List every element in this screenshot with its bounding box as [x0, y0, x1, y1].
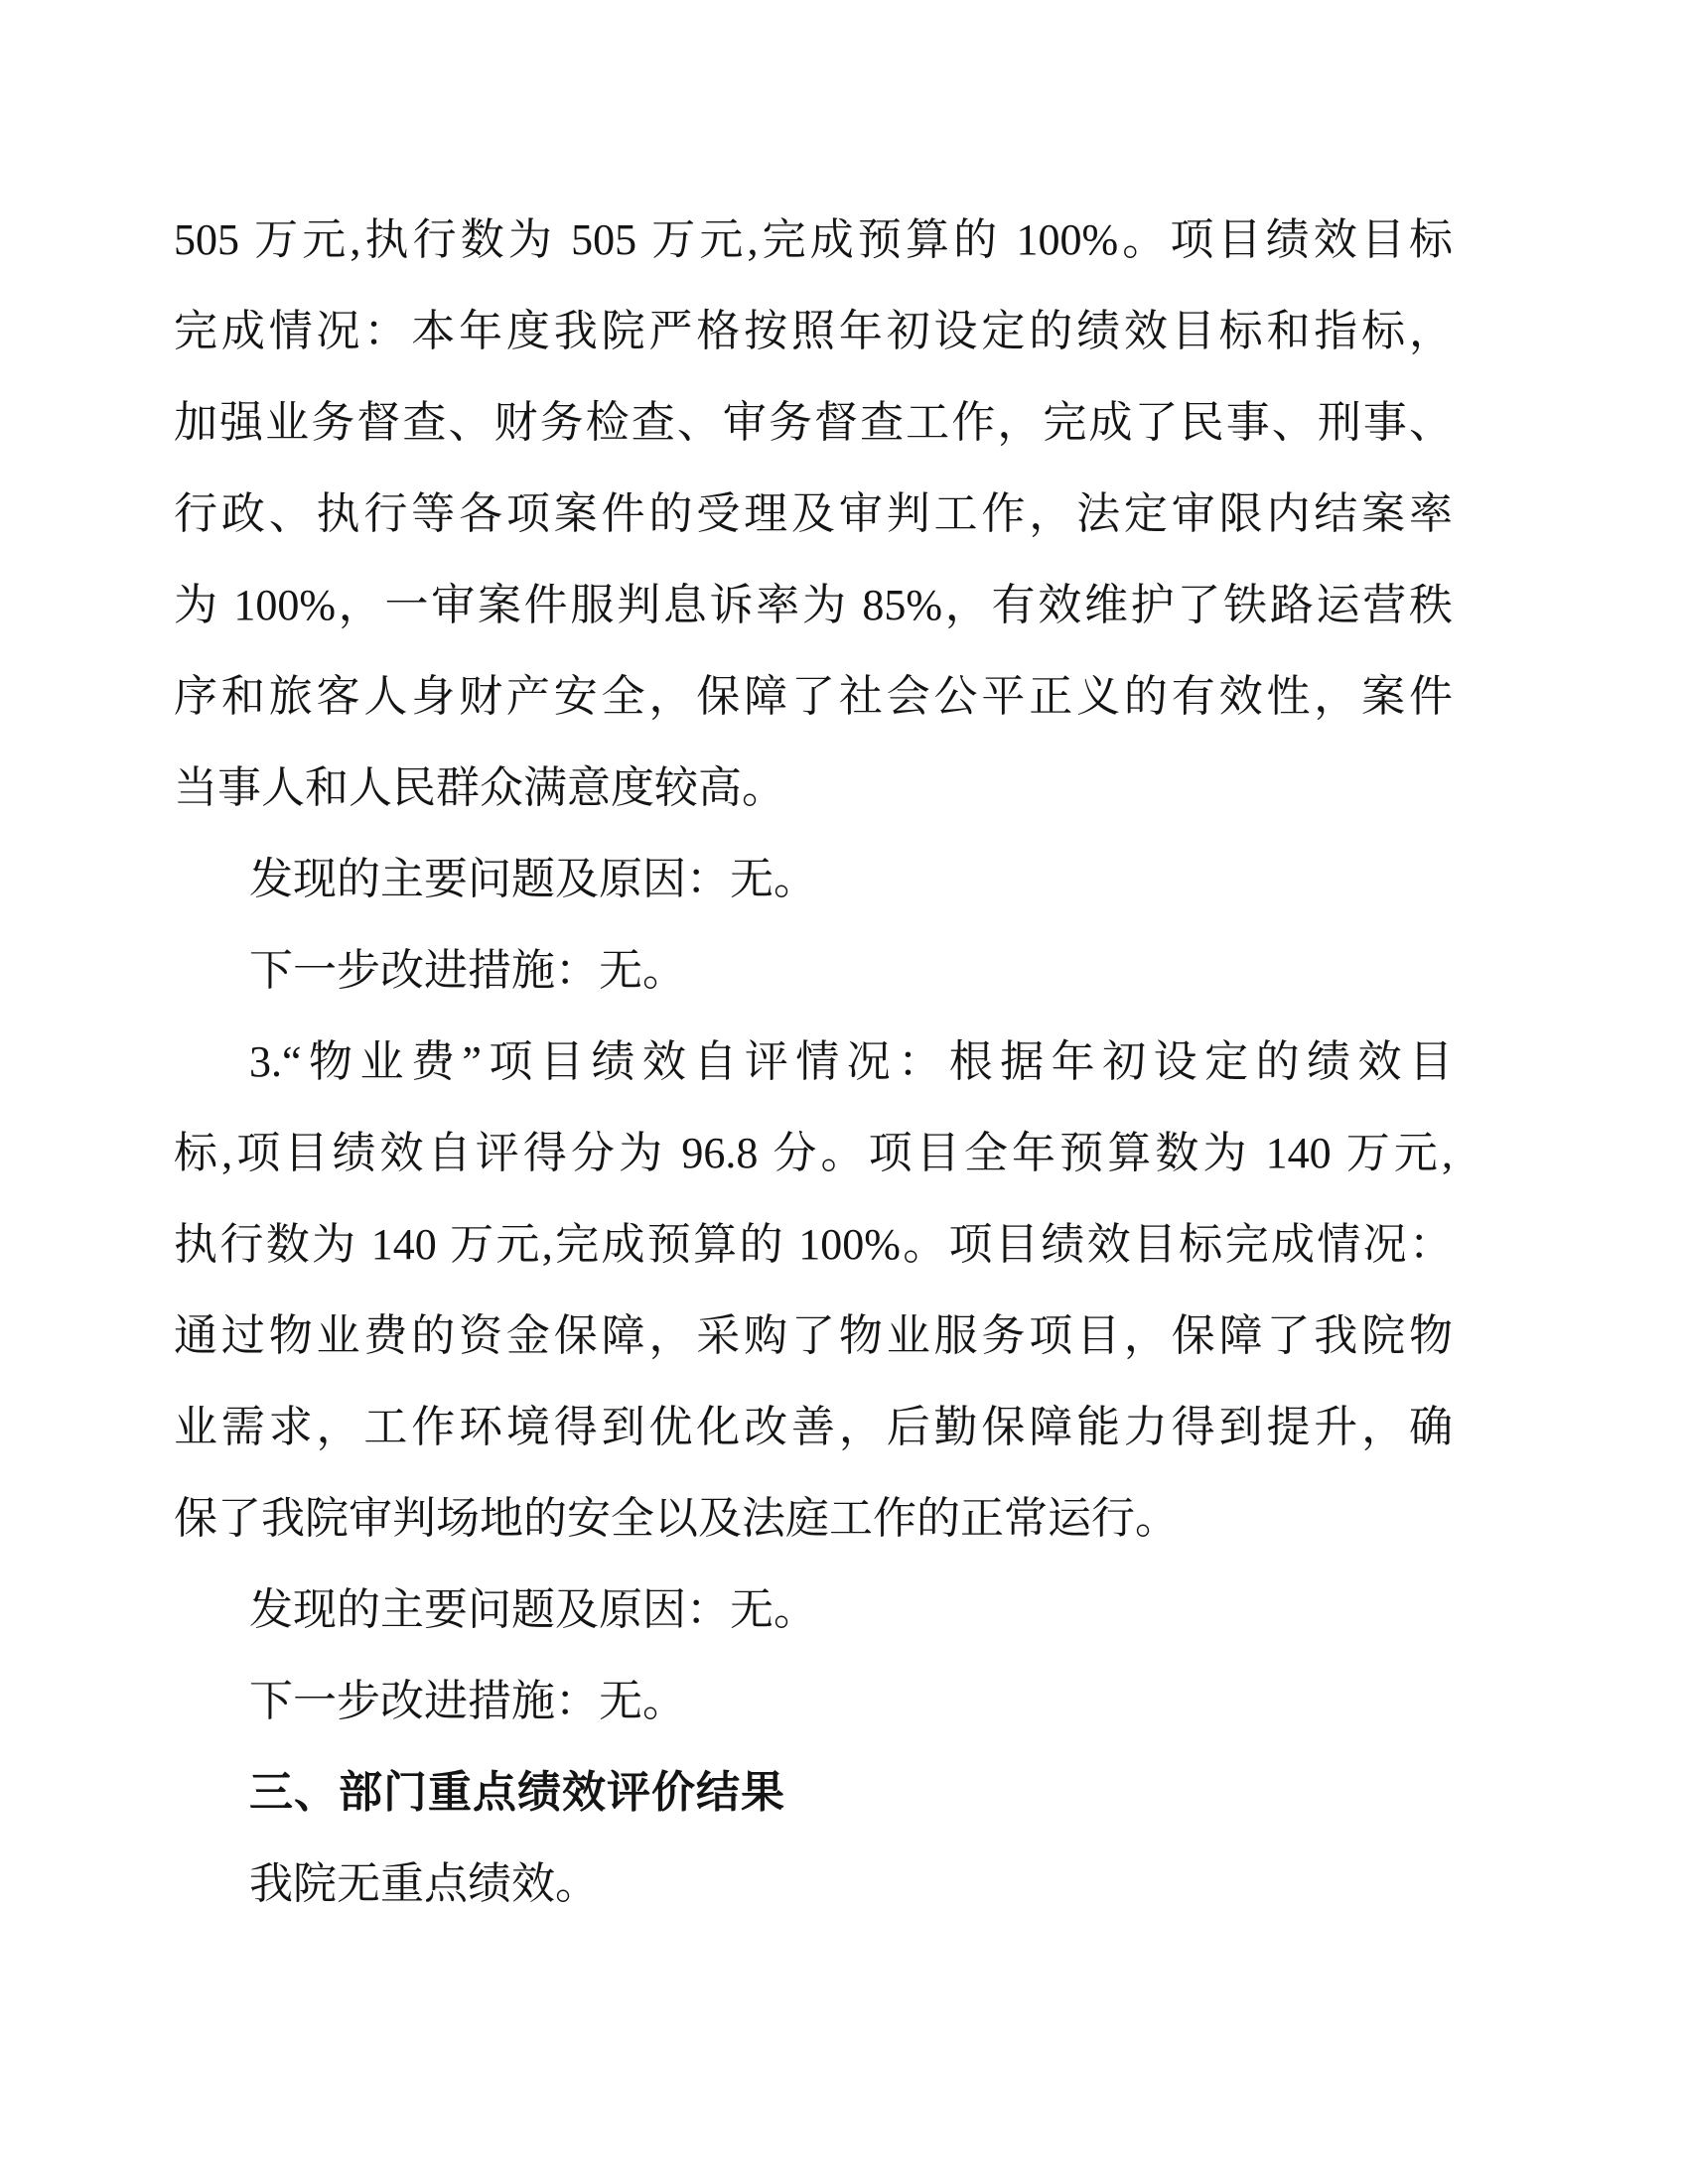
document-line: 我院无重点绩效。: [174, 1839, 1453, 1930]
document-line: 发现的主要问题及原因：无。: [174, 834, 1453, 925]
document-line: 当事人和人民群众满意度较高。: [174, 743, 1453, 834]
document-line: 下一步改进措施：无。: [174, 1656, 1453, 1747]
document-body: 505 万元,执行数为 505 万元,完成预算的 100%。项目绩效目标完成情况…: [174, 195, 1453, 1930]
document-line: 3.“物业费”项目绩效自评情况：根据年初设定的绩效目: [174, 1017, 1453, 1108]
document-line: 保了我院审判场地的安全以及法庭工作的正常运行。: [174, 1473, 1453, 1565]
document-line: 业需求，工作环境得到优化改善，后勤保障能力得到提升，确: [174, 1382, 1453, 1473]
section-heading: 三、部门重点绩效评价结果: [174, 1747, 1453, 1839]
document-line: 加强业务督查、财务检查、审务督查工作，完成了民事、刑事、: [174, 377, 1453, 469]
document-page: 505 万元,执行数为 505 万元,完成预算的 100%。项目绩效目标完成情况…: [0, 0, 1688, 2184]
document-line: 505 万元,执行数为 505 万元,完成预算的 100%。项目绩效目标: [174, 195, 1453, 286]
document-line: 通过物业费的资金保障，采购了物业服务项目，保障了我院物: [174, 1291, 1453, 1382]
document-line: 发现的主要问题及原因：无。: [174, 1565, 1453, 1656]
document-line: 执行数为 140 万元,完成预算的 100%。项目绩效目标完成情况：: [174, 1199, 1453, 1291]
document-line: 为 100%，一审案件服判息诉率为 85%，有效维护了铁路运营秩: [174, 560, 1453, 651]
document-line: 标,项目绩效自评得分为 96.8 分。项目全年预算数为 140 万元,: [174, 1108, 1453, 1199]
document-line: 行政、执行等各项案件的受理及审判工作，法定审限内结案率: [174, 469, 1453, 560]
document-line: 序和旅客人身财产安全，保障了社会公平正义的有效性，案件: [174, 651, 1453, 743]
document-line: 下一步改进措施：无。: [174, 925, 1453, 1017]
document-line: 完成情况：本年度我院严格按照年初设定的绩效目标和指标，: [174, 286, 1453, 377]
